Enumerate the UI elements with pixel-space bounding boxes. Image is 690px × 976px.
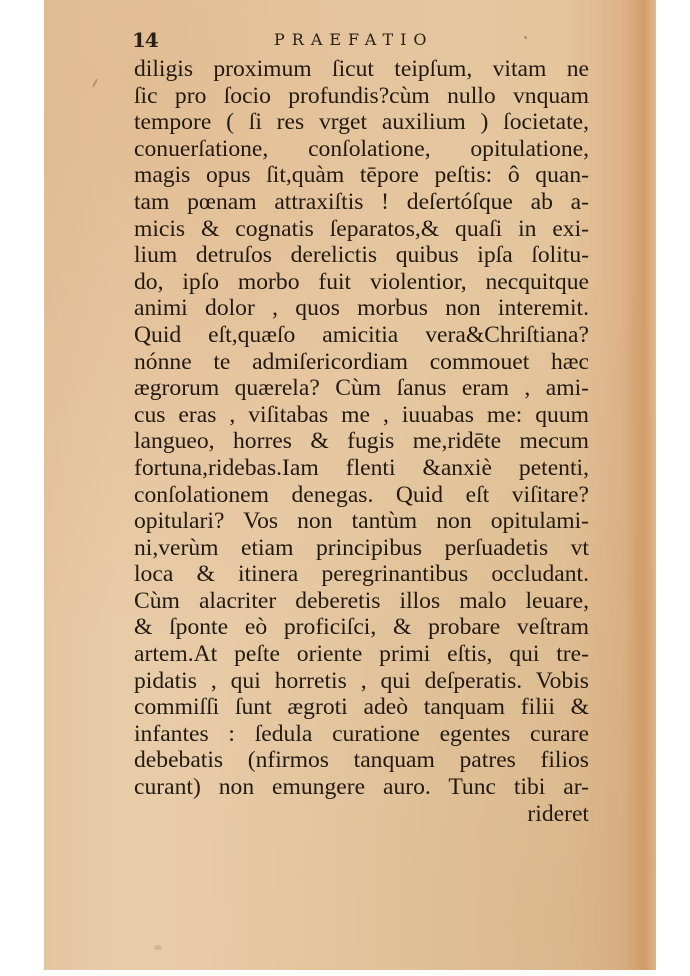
text-line: cus eras , viſitabas me , iuuabas me: qu… (134, 402, 589, 429)
text-line: opitulari? Vos non tantùm non opitulami- (134, 508, 589, 535)
text-line: debebatis (nfirmos tanquam patres filios (134, 747, 589, 774)
text-line: loca & itinera peregrinantibus occludant… (134, 561, 589, 588)
text-line: magis opus ſit,quàm tēpore peſtis: ô qua… (134, 162, 589, 189)
text-line: & ſponte eò proficiſci, & probare veſtra… (134, 614, 589, 641)
text-line: commiſſi ſunt ægroti adeò tanquam filii … (134, 694, 589, 721)
text-line: tam pœnam attraxiſtis ! deſertóſque ab a… (134, 189, 589, 216)
body-text: diligis proximum ſicut teipſum, vitam ne… (134, 56, 589, 827)
text-line: micis & cognatis ſeparatos,& quaſi in ex… (134, 216, 589, 243)
text-line: ni,verùm etiam principibus perſuadetis v… (134, 535, 589, 562)
running-head: PRAEFATIO (274, 30, 434, 49)
text-line: curant) non emungere auro. Tunc tibi ar- (134, 774, 589, 801)
text-line: tempore ( ſi res vrget auxilium ) ſociet… (134, 109, 589, 136)
book-page: 14 PRAEFATIO diligis proximum ſicut teip… (44, 0, 656, 970)
text-line: Cùm alacriter deberetis illos malo leuar… (134, 588, 589, 615)
text-line: conſolationem denegas. Quid eſt viſitare… (134, 482, 589, 509)
text-line: pidatis , qui horretis , qui deſperatis.… (134, 668, 589, 695)
text-line: nónne te admiſericordiam commouet hæc (134, 349, 589, 376)
text-line: artem.At peſte oriente primi eſtis, qui … (134, 641, 589, 668)
text-line: infantes : ſedula curatione egentes cura… (134, 721, 589, 748)
paper-stain (92, 78, 99, 88)
text-line: diligis proximum ſicut teipſum, vitam ne (134, 56, 589, 83)
text-line: Quid eſt,quæſo amicitia vera&Chriſtiana? (134, 322, 589, 349)
catchword: rideret (134, 801, 589, 828)
text-line: animi dolor , quos morbus non interemit. (134, 295, 589, 322)
text-line: conuerſatione, conſolatione, opitulation… (134, 136, 589, 163)
text-line: langueo, horres & fugis me,ridēte mecum (134, 428, 589, 455)
text-line: lium detruſos derelictis quibus ipſa ſol… (134, 242, 589, 269)
text-line: fortuna,ridebas.Iam flenti &anxiè petent… (134, 455, 589, 482)
text-line: ægrorum quærela? Cùm ſanus eram , ami- (134, 375, 589, 402)
text-line: ſic pro ſocio profundis?cùm nullo vnquam (134, 83, 589, 110)
page-header: 14 PRAEFATIO (132, 28, 532, 54)
paper-stain (154, 945, 162, 950)
page-number: 14 (132, 28, 158, 52)
text-line: do, ipſo morbo fuit violentior, necquitq… (134, 269, 589, 296)
